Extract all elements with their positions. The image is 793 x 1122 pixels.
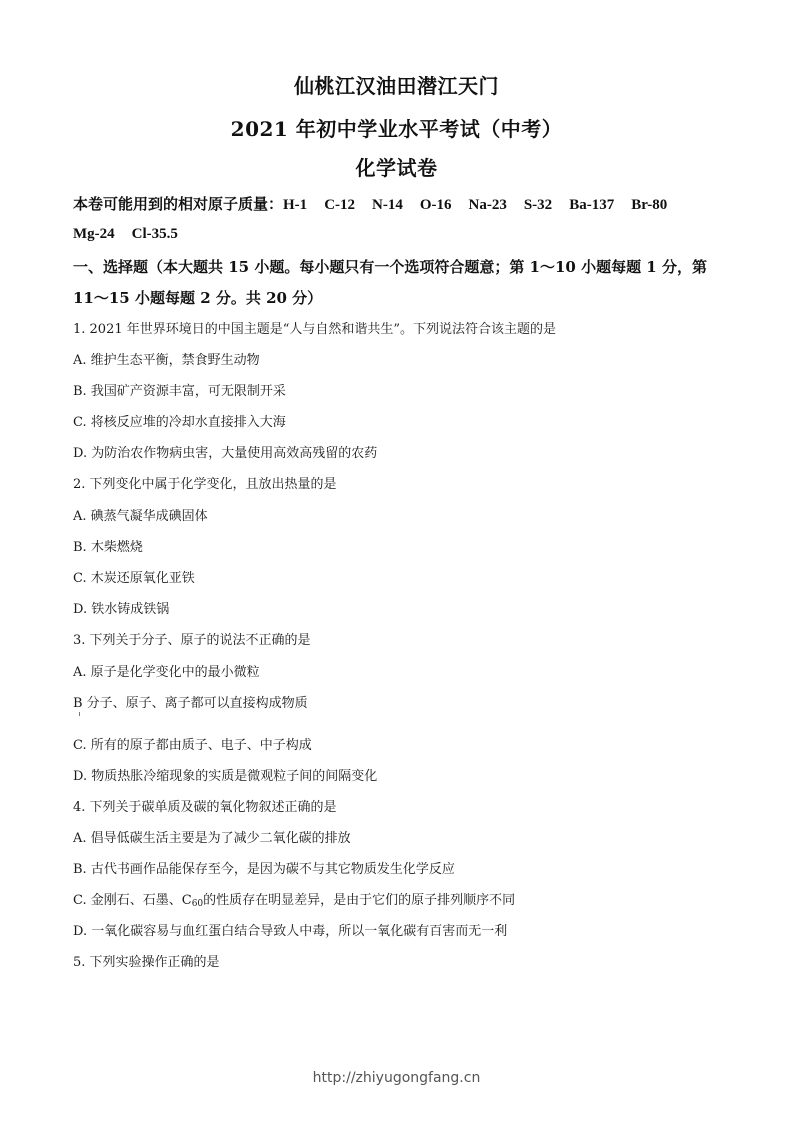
atomic-mass: Na-23 xyxy=(469,197,507,213)
exam-subject-title: 化学试卷 xyxy=(0,152,793,181)
section-heading-line1: 一、选择题（本大题共 15 小题。每小题只有一个选项符合题意；第 1～10 小题… xyxy=(73,256,707,277)
question-1-stem: 1. 2021 年世界环境日的中国主题是“人与自然和谐共生”。下列说法符合该主题… xyxy=(73,318,556,337)
exam-year-title: 2021 年初中学业水平考试（中考） xyxy=(0,113,793,142)
atomic-mass: Ba-137 xyxy=(569,197,614,213)
question-2-option-a: A. 碘蒸气凝华成碘固体 xyxy=(73,505,208,524)
exam-region-title: 仙桃江汉油田潜江天门 xyxy=(0,70,793,99)
question-4-option-a: A. 倡导低碳生活主要是为了减少二氧化碳的排放 xyxy=(73,827,351,846)
question-2-option-c: C. 木炭还原氧化亚铁 xyxy=(73,567,195,586)
footer-url[interactable]: http://zhiyugongfang.cn xyxy=(0,1070,793,1086)
atomic-mass: C-12 xyxy=(324,197,355,213)
question-1-option-d: D. 为防治农作物病虫害，大量使用高效高残留的农药 xyxy=(73,442,377,461)
question-3-option-b: B 分子、原子、离子都可以直接构成物质 xyxy=(73,692,308,711)
question-2-stem: 2. 下列变化中属于化学变化，且放出热量的是 xyxy=(73,473,337,492)
question-4-option-c: C. 金刚石、石墨、C60的性质存在明显差异，是由于它们的原子排列顺序不同 xyxy=(73,889,515,909)
atomic-mass: N-14 xyxy=(372,197,403,213)
atomic-mass: O-16 xyxy=(420,197,452,213)
atomic-mass: Mg-24 xyxy=(73,226,115,242)
question-4-option-d: D. 一氧化碳容易与血红蛋白结合导致人中毒，所以一氧化碳有百害而无一利 xyxy=(73,920,507,939)
atomic-mass: Br-80 xyxy=(631,197,667,213)
question-3-option-a: A. 原子是化学变化中的最小微粒 xyxy=(73,661,260,680)
c60-subscript: 60 xyxy=(192,899,203,909)
question-2-option-d: D. 铁水铸成铁锅 xyxy=(73,598,169,617)
atomic-masses-label: 本卷可能用到的相对原子质量： xyxy=(73,195,283,213)
question-1-option-a: A. 维护生态平衡，禁食野生动物 xyxy=(73,349,260,368)
question-4-option-b: B. 古代书画作品能保存至今，是因为碳不与其它物质发生化学反应 xyxy=(73,858,455,877)
question-1-option-c: C. 将核反应堆的冷却水直接排入大海 xyxy=(73,411,286,430)
atomic-mass: S-32 xyxy=(524,197,552,213)
question-3-option-c: C. 所有的原子都由质子、电子、中子构成 xyxy=(73,734,312,753)
option-c-text-before: C. 金刚石、石墨、C xyxy=(73,893,192,908)
question-3-stem: 3. 下列关于分子、原子的说法不正确的是 xyxy=(73,629,311,648)
question-1-option-b: B. 我国矿产资源丰富，可无限制开采 xyxy=(73,380,286,399)
question-4-stem: 4. 下列关于碳单质及碳的氧化物叙述正确的是 xyxy=(73,796,337,815)
question-2-option-b: B. 木柴燃烧 xyxy=(73,536,143,555)
section-heading-line2: 11～15 小题每题 2 分。共 20 分） xyxy=(73,287,322,308)
stray-mark xyxy=(79,712,80,716)
atomic-mass: Cl-35.5 xyxy=(132,226,178,242)
atomic-masses-row2: Mg-24Cl-35.5 xyxy=(73,224,195,243)
question-5-stem: 5. 下列实验操作正确的是 xyxy=(73,951,220,970)
option-c-text-after: 的性质存在明显差异，是由于它们的原子排列顺序不同 xyxy=(203,893,515,908)
atomic-mass: H-1 xyxy=(283,197,307,213)
atomic-masses-row1: 本卷可能用到的相对原子质量：H-1C-12N-14O-16Na-23S-32Ba… xyxy=(73,193,684,214)
question-3-option-d: D. 物质热胀冷缩现象的实质是微观粒子间的间隔变化 xyxy=(73,765,377,784)
